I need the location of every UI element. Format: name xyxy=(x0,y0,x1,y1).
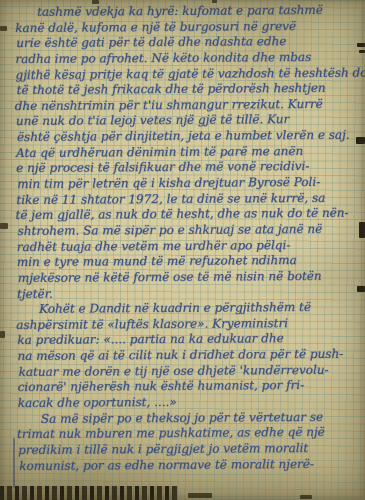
scan-artifact-bottom-2 xyxy=(300,495,312,499)
scan-artifact-left-mid xyxy=(0,223,8,229)
handwriting-block: tashmë vdekja ka hyrë: kufomat e para ta… xyxy=(15,3,365,475)
scan-artifact-top-2 xyxy=(212,0,217,3)
scan-artifact-bottom-1 xyxy=(188,493,212,498)
margin-line xyxy=(13,438,15,488)
scan-artifact-left-low xyxy=(0,331,5,338)
scan-artifact-right-lower xyxy=(357,286,365,292)
handwritten-line: katuar me dorën e tij një ose dhjetë 'ku… xyxy=(19,362,365,380)
handwritten-line: komunist, por as edhe normave të moralit… xyxy=(19,456,365,474)
handwritten-line: mjekësore në këtë formë ose të më nisin … xyxy=(18,268,365,286)
scan-artifact-right-upper2 xyxy=(359,50,365,53)
scan-artifact-right-mid xyxy=(356,137,365,144)
scan-artifact-top-1 xyxy=(92,0,99,4)
notebook-page: tashmë vdekja ka hyrë: kufomat e para ta… xyxy=(0,0,365,500)
handwritten-line: radha ime po afrohet. Në këto kondita dh… xyxy=(15,49,363,67)
handwritten-line: është çështja për dinjitetin, jeta e hum… xyxy=(17,128,364,146)
film-edge-marks xyxy=(0,486,178,500)
handwritten-line: tashmë vdekja ka hyrë: kufomat e para ta… xyxy=(15,3,363,21)
handwritten-line: dhe nënshtrimin për t'iu shmangur rrezik… xyxy=(15,96,364,114)
handwritten-line: shtrohem. Sa më sipër po e shkruaj se at… xyxy=(18,222,365,240)
scan-artifact-right-center xyxy=(359,222,365,238)
scan-artifact-right-upper xyxy=(357,43,365,47)
scan-artifact-left-top xyxy=(0,26,7,31)
handwritten-line: trimat nuk mburen me pushkatime, as edhe… xyxy=(17,425,365,443)
